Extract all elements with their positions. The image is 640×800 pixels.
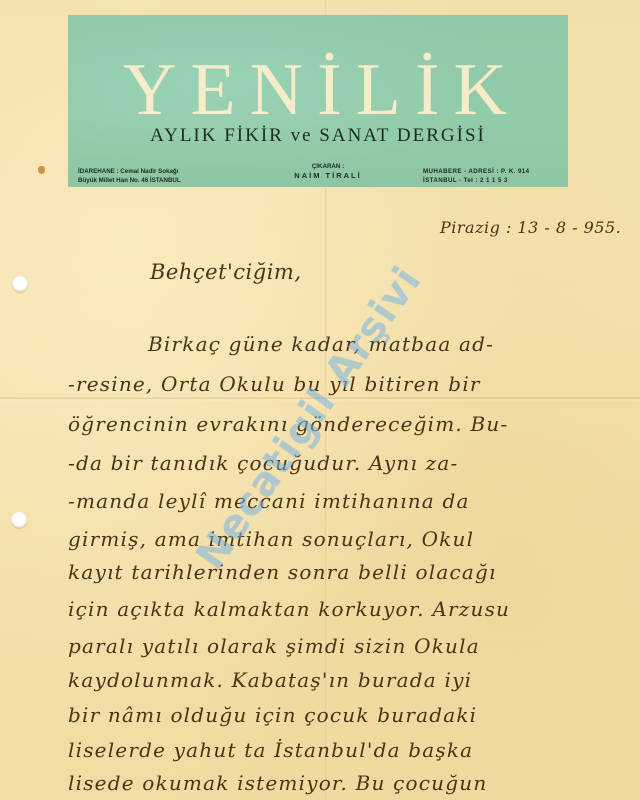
letter-line: Birkaç güne kadar, matbaa ad- [148, 332, 494, 356]
letter-line: girmiş, ama imtihan sonuçları, Okul [68, 527, 474, 551]
correspondence-address: MUHABERE - ADRESİ : P. K. 914 İSTANBUL -… [423, 167, 530, 185]
punch-hole-top [12, 276, 28, 292]
publisher-label: ÇIKARAN : [288, 162, 368, 171]
letter-line: paralı yatılı olarak şimdi sizin Okula [68, 634, 480, 658]
letter-line: -resine, Orta Okulu bu yıl bitiren bir [68, 372, 481, 396]
letter-line: liselerde yahut ta İstanbul'da başka [68, 738, 473, 762]
publisher-name: NAİM TİRALİ [288, 171, 368, 180]
magazine-title: YENİLİK [68, 53, 568, 127]
magazine-subtitle: AYLIK FİKİR ve SANAT DERGİSİ [68, 125, 568, 147]
letter-date: Pirazig : 13 - 8 - 955. [440, 218, 621, 237]
ink-stain [38, 166, 45, 174]
letter-line: kayıt tarihlerinden sonra belli olacağı [68, 560, 497, 584]
administration-address: İDAREHANE : Cemal Nadir Sokağı Büyük Mil… [78, 167, 181, 185]
letter-line: için açıkta kalmaktan korkuyor. Arzusu [68, 597, 510, 621]
letterhead: YENİLİK AYLIK FİKİR ve SANAT DERGİSİ İDA… [68, 15, 568, 187]
administration-line-1: İDAREHANE : Cemal Nadir Sokağı [78, 167, 181, 176]
punch-hole-bottom [11, 512, 27, 528]
letter-line: lisede okumak istemiyor. Bu çocuğun [68, 771, 487, 795]
letter-line: bir nâmı olduğu için çocuk buradaki [68, 703, 477, 727]
correspondence-line-2: İSTANBUL - Tel : 2 1 1 5 3 [423, 176, 530, 185]
letter-greeting: Behçet'ciğim, [150, 260, 302, 284]
letter-line: kaydolunmak. Kabataş'ın burada iyi [68, 668, 472, 692]
administration-line-2: Büyük Millet Han No. 46 İSTANBUL [78, 176, 181, 185]
correspondence-line-1: MUHABERE - ADRESİ : P. K. 914 [423, 167, 530, 176]
publisher-block: ÇIKARAN : NAİM TİRALİ [288, 162, 368, 180]
